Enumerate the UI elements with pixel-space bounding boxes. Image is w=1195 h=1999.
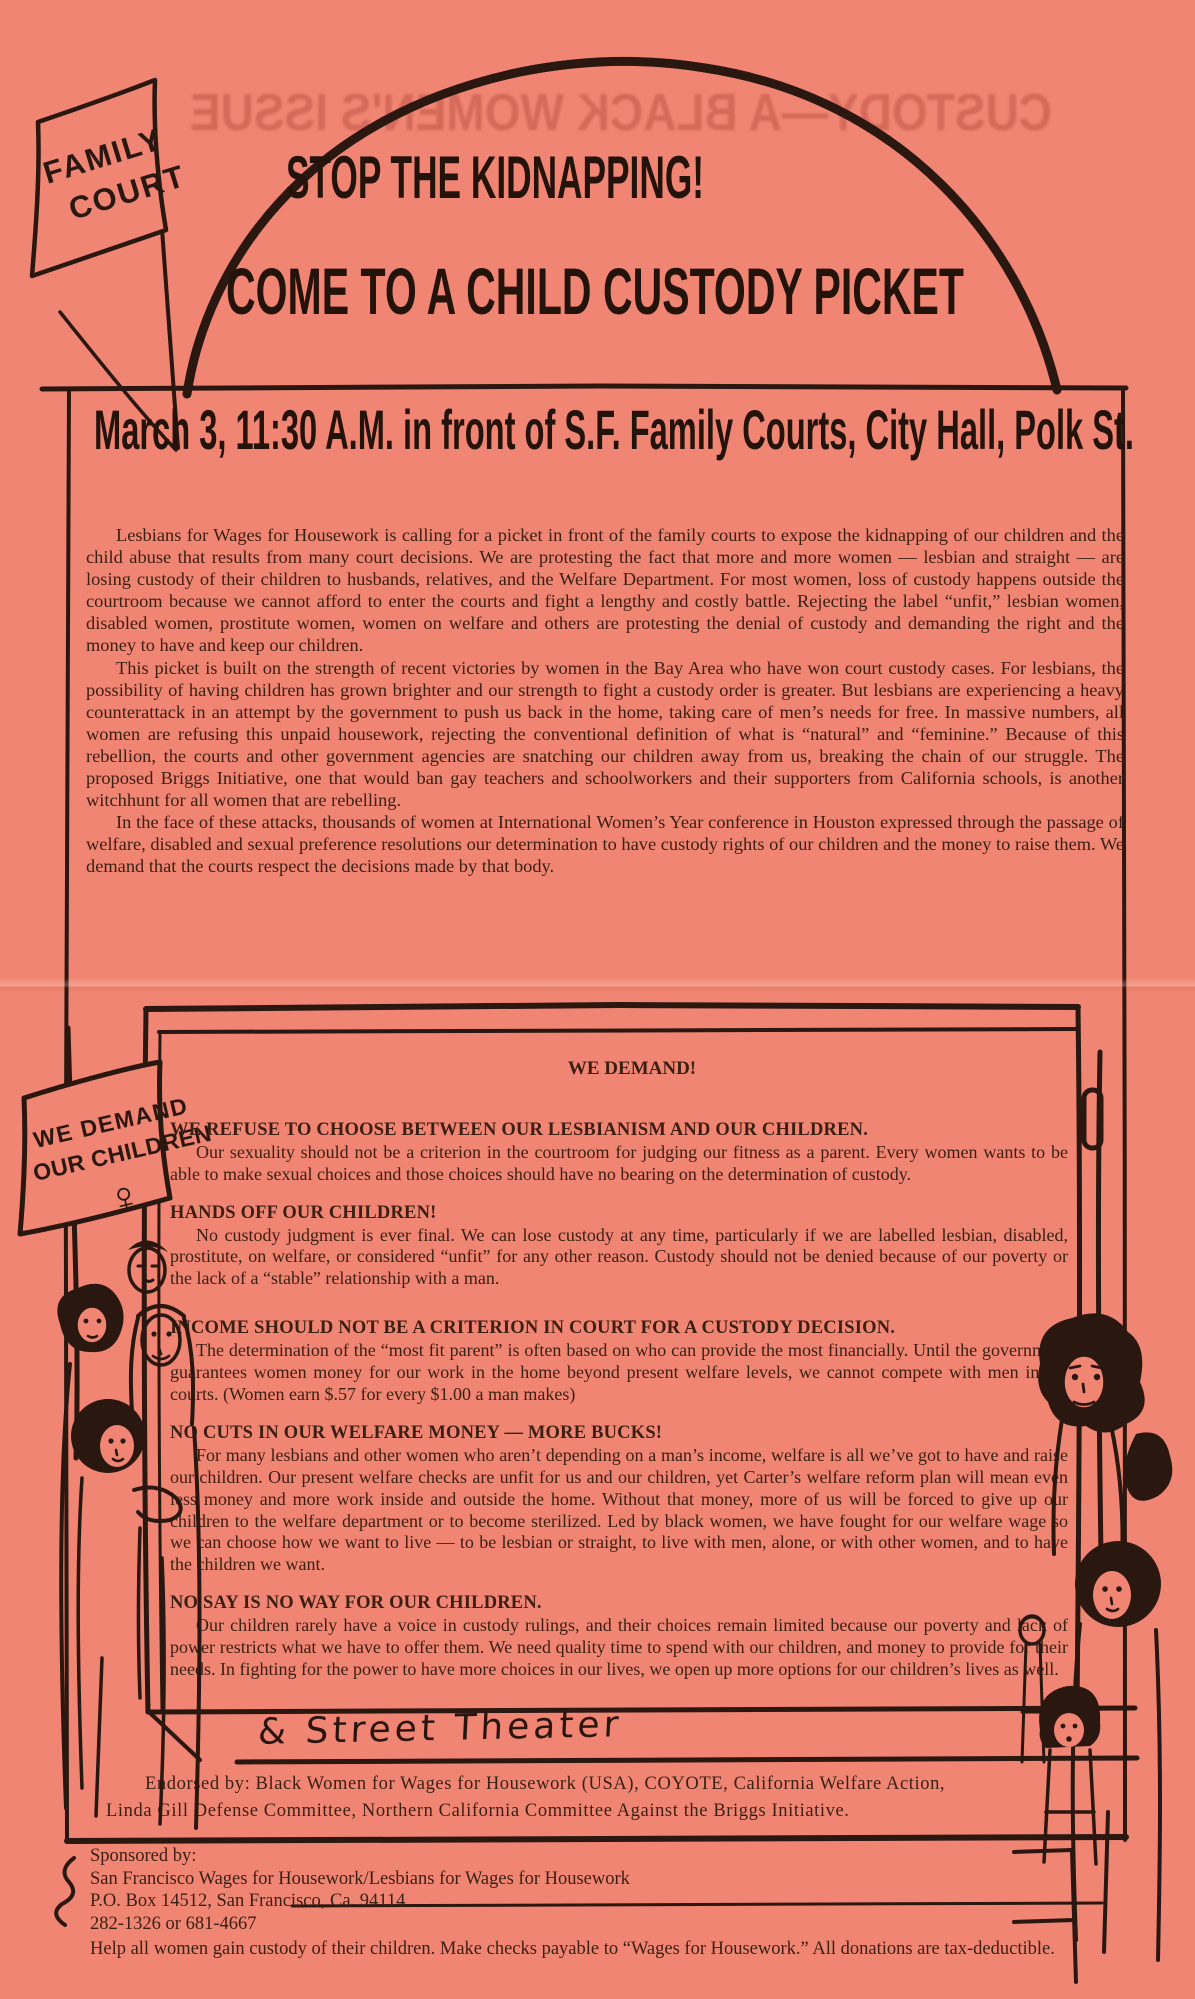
demand-body-4: For many lesbians and other women who ar… xyxy=(170,1445,1068,1576)
demand-heading-5: NO SAY IS NO WAY FOR OUR CHILDREN. xyxy=(170,1593,1068,1615)
event-details-text: March 3, 11:30 A.M. in front of S.F. Fam… xyxy=(94,398,1134,461)
flyer-page: CUSTODY—A BLACK WOMEN'S ISSUE xyxy=(0,0,1195,1999)
headline-primary-text: STOP THE KIDNAPPING! xyxy=(286,144,704,211)
demands-box: WE DEMAND! WE REFUSE TO CHOOSE BETWEEN O… xyxy=(170,1058,1068,1698)
donation-note: Help all women gain custody of their chi… xyxy=(90,1938,1135,1961)
street-theater-note: & Street Theater xyxy=(257,1704,623,1753)
body-paragraph-3: In the face of these attacks, thousands … xyxy=(86,811,1124,877)
demand-body-2: No custody judgment is ever final. We ca… xyxy=(170,1225,1068,1291)
endorsed-by-line1: Endorsed by: Black Women for Wages for H… xyxy=(145,1774,945,1795)
headline-secondary-text: COME TO A CHILD CUSTODY PICKET xyxy=(226,254,964,328)
dome-arc xyxy=(187,61,1057,394)
demand-heading-1: WE REFUSE TO CHOOSE BETWEEN OUR LESBIANI… xyxy=(170,1120,1068,1142)
demands-title: WE DEMAND! xyxy=(170,1058,1068,1080)
demand-body-5: Our children rarely have a voice in cust… xyxy=(170,1615,1068,1681)
headline-secondary: COME TO A CHILD CUSTODY PICKET xyxy=(210,250,990,334)
sponsored-block: Sponsored by: San Francisco Wages for Ho… xyxy=(90,1845,630,1935)
paper-crease xyxy=(0,978,1195,992)
endorsed-by-line2: Linda Gill Defense Committee, Northern C… xyxy=(106,1801,850,1822)
sponsored-label: Sponsored by: xyxy=(90,1845,630,1868)
sponsored-address: P.O. Box 14512, San Francisco, Ca. 94114 xyxy=(90,1890,630,1913)
demand-heading-4: NO CUTS IN OUR WELFARE MONEY — MORE BUCK… xyxy=(170,1423,1068,1445)
bleed-title-text: CUSTODY—A BLACK WOMEN'S ISSUE xyxy=(190,84,1052,142)
demand-heading-3: INCOME SHOULD NOT BE A CRITERION IN COUR… xyxy=(170,1318,1068,1340)
sponsored-org: San Francisco Wages for Housework/Lesbia… xyxy=(90,1868,630,1891)
event-details-line: March 3, 11:30 A.M. in front of S.F. Fam… xyxy=(80,392,1150,470)
headline-primary: STOP THE KIDNAPPING! xyxy=(270,138,730,218)
sponsored-phones: 282-1326 or 681-4667 xyxy=(90,1913,630,1936)
demand-heading-2: HANDS OFF OUR CHILDREN! xyxy=(170,1203,1068,1225)
body-paragraph-1: Lesbians for Wages for Housework is call… xyxy=(86,524,1124,657)
body-paragraph-2: This picket is built on the strength of … xyxy=(86,657,1124,812)
body-text-block: Lesbians for Wages for Housework is call… xyxy=(86,524,1124,878)
demand-body-1: Our sexuality should not be a criterion … xyxy=(170,1142,1068,1186)
demand-body-3: The determination of the “most fit paren… xyxy=(170,1340,1068,1406)
